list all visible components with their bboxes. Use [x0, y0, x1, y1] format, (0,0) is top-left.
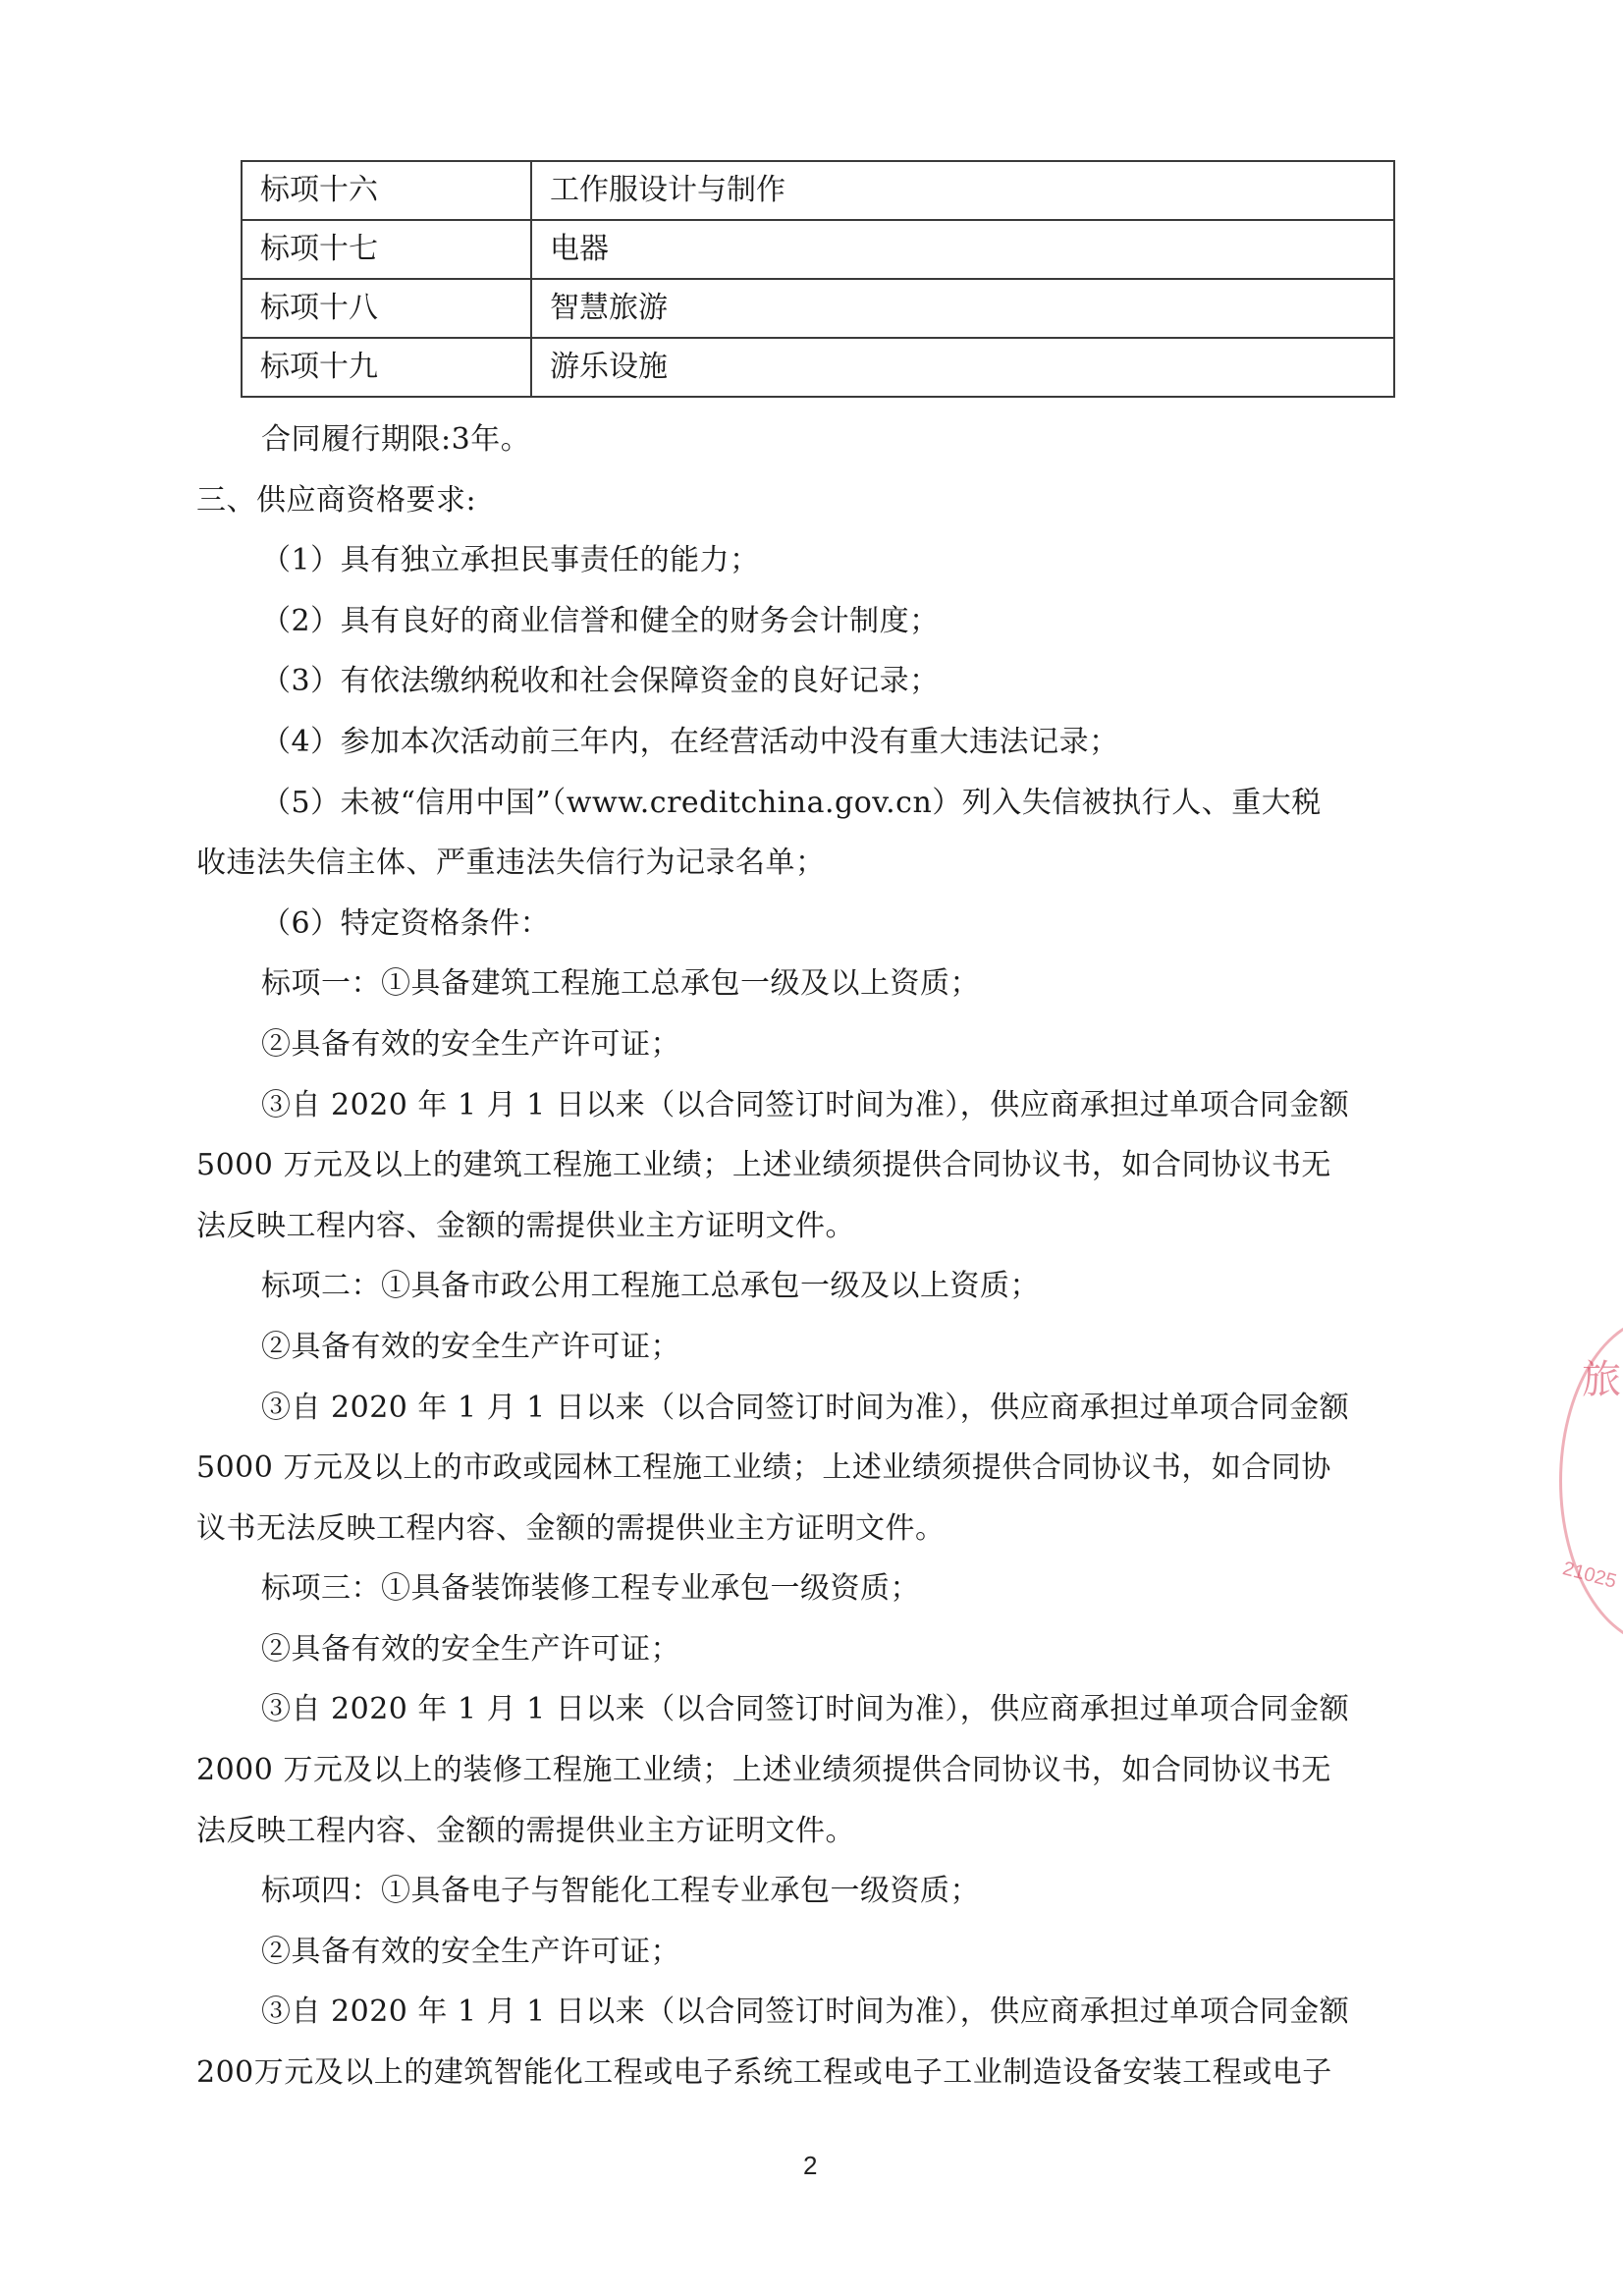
lot2-req-1: 标项二：①具备市政公用工程施工总承包一级及以上资质；	[196, 1256, 1473, 1317]
lot1-req-3-cont: 5000 万元及以上的建筑工程施工业绩；上述业绩须提供合同协议书，如合同协议书无	[196, 1135, 1473, 1196]
stamp-code: 21025	[1560, 1558, 1619, 1594]
lot1-req-3-cont: 法反映工程内容、金额的需提供业主方证明文件。	[196, 1196, 1473, 1257]
lot-table: 标项十六 工作服设计与制作 标项十七 电器 标项十八 智慧旅游 标项十九 游乐设…	[241, 160, 1395, 398]
page-number: 2	[803, 2151, 817, 2181]
stamp-character: 旅	[1582, 1348, 1621, 1404]
document-page: 标项十六 工作服设计与制作 标项十七 电器 标项十八 智慧旅游 标项十九 游乐设…	[0, 0, 1623, 2296]
lot-cell: 标项十七	[242, 220, 531, 279]
contract-term: 合同履行期限:3年。	[196, 410, 1473, 470]
lot2-req-3: ③自 2020 年 1 月 1 日以来（以合同签订时间为准），供应商承担过单项合…	[196, 1378, 1473, 1439]
lot-cell: 标项十九	[242, 338, 531, 397]
lot-cell: 标项十六	[242, 161, 531, 220]
lot3-req-1: 标项三：①具备装饰装修工程专业承包一级资质；	[196, 1558, 1473, 1619]
lot3-req-3: ③自 2020 年 1 月 1 日以来（以合同签订时间为准），供应商承担过单项合…	[196, 1679, 1473, 1740]
lot1-req-1: 标项一：①具备建筑工程施工总承包一级及以上资质；	[196, 954, 1473, 1014]
requirement-2: （2）具有良好的商业信誉和健全的财务会计制度；	[196, 591, 1473, 652]
table-row: 标项十七 电器	[242, 220, 1394, 279]
requirement-3: （3）有依法缴纳税收和社会保障资金的良好记录；	[196, 651, 1473, 712]
document-body: 合同履行期限:3年。 三、供应商资格要求: （1）具有独立承担民事责任的能力； …	[196, 410, 1473, 2104]
lot1-req-2: ②具备有效的安全生产许可证；	[196, 1014, 1473, 1075]
lot3-req-2: ②具备有效的安全生产许可证；	[196, 1619, 1473, 1680]
lot4-req-1: 标项四：①具备电子与智能化工程专业承包一级资质；	[196, 1861, 1473, 1922]
lot1-req-3: ③自 2020 年 1 月 1 日以来（以合同签订时间为准），供应商承担过单项合…	[196, 1075, 1473, 1136]
item-cell: 智慧旅游	[531, 279, 1394, 338]
lot4-req-2: ②具备有效的安全生产许可证；	[196, 1922, 1473, 1983]
official-seal-stamp: 旅 21025	[1559, 1316, 1623, 1646]
requirement-5-cont: 收违法失信主体、严重违法失信行为记录名单；	[196, 833, 1473, 894]
lot2-req-3-cont: 5000 万元及以上的市政或园林工程施工业绩；上述业绩须提供合同协议书，如合同协	[196, 1438, 1473, 1499]
table-row: 标项十九 游乐设施	[242, 338, 1394, 397]
lot4-req-3: ③自 2020 年 1 月 1 日以来（以合同签订时间为准），供应商承担过单项合…	[196, 1982, 1473, 2043]
requirement-1: （1）具有独立承担民事责任的能力；	[196, 530, 1473, 591]
lot2-req-2: ②具备有效的安全生产许可证；	[196, 1317, 1473, 1378]
table-row: 标项十六 工作服设计与制作	[242, 161, 1394, 220]
lot3-req-3-cont: 法反映工程内容、金额的需提供业主方证明文件。	[196, 1801, 1473, 1862]
lot2-req-3-cont: 议书无法反映工程内容、金额的需提供业主方证明文件。	[196, 1499, 1473, 1559]
item-cell: 游乐设施	[531, 338, 1394, 397]
table-row: 标项十八 智慧旅游	[242, 279, 1394, 338]
requirement-6: （6）特定资格条件：	[196, 894, 1473, 955]
requirement-4: （4）参加本次活动前三年内，在经营活动中没有重大违法记录；	[196, 712, 1473, 773]
lot3-req-3-cont: 2000 万元及以上的装修工程施工业绩；上述业绩须提供合同协议书，如合同协议书无	[196, 1740, 1473, 1801]
lot4-req-3-cont: 200万元及以上的建筑智能化工程或电子系统工程或电子工业制造设备安装工程或电子	[196, 2043, 1473, 2104]
lot-cell: 标项十八	[242, 279, 531, 338]
section-heading: 三、供应商资格要求:	[196, 470, 1473, 531]
requirement-5: （5）未被“信用中国”（www.creditchina.gov.cn）列入失信被…	[196, 773, 1473, 834]
item-cell: 工作服设计与制作	[531, 161, 1394, 220]
item-cell: 电器	[531, 220, 1394, 279]
